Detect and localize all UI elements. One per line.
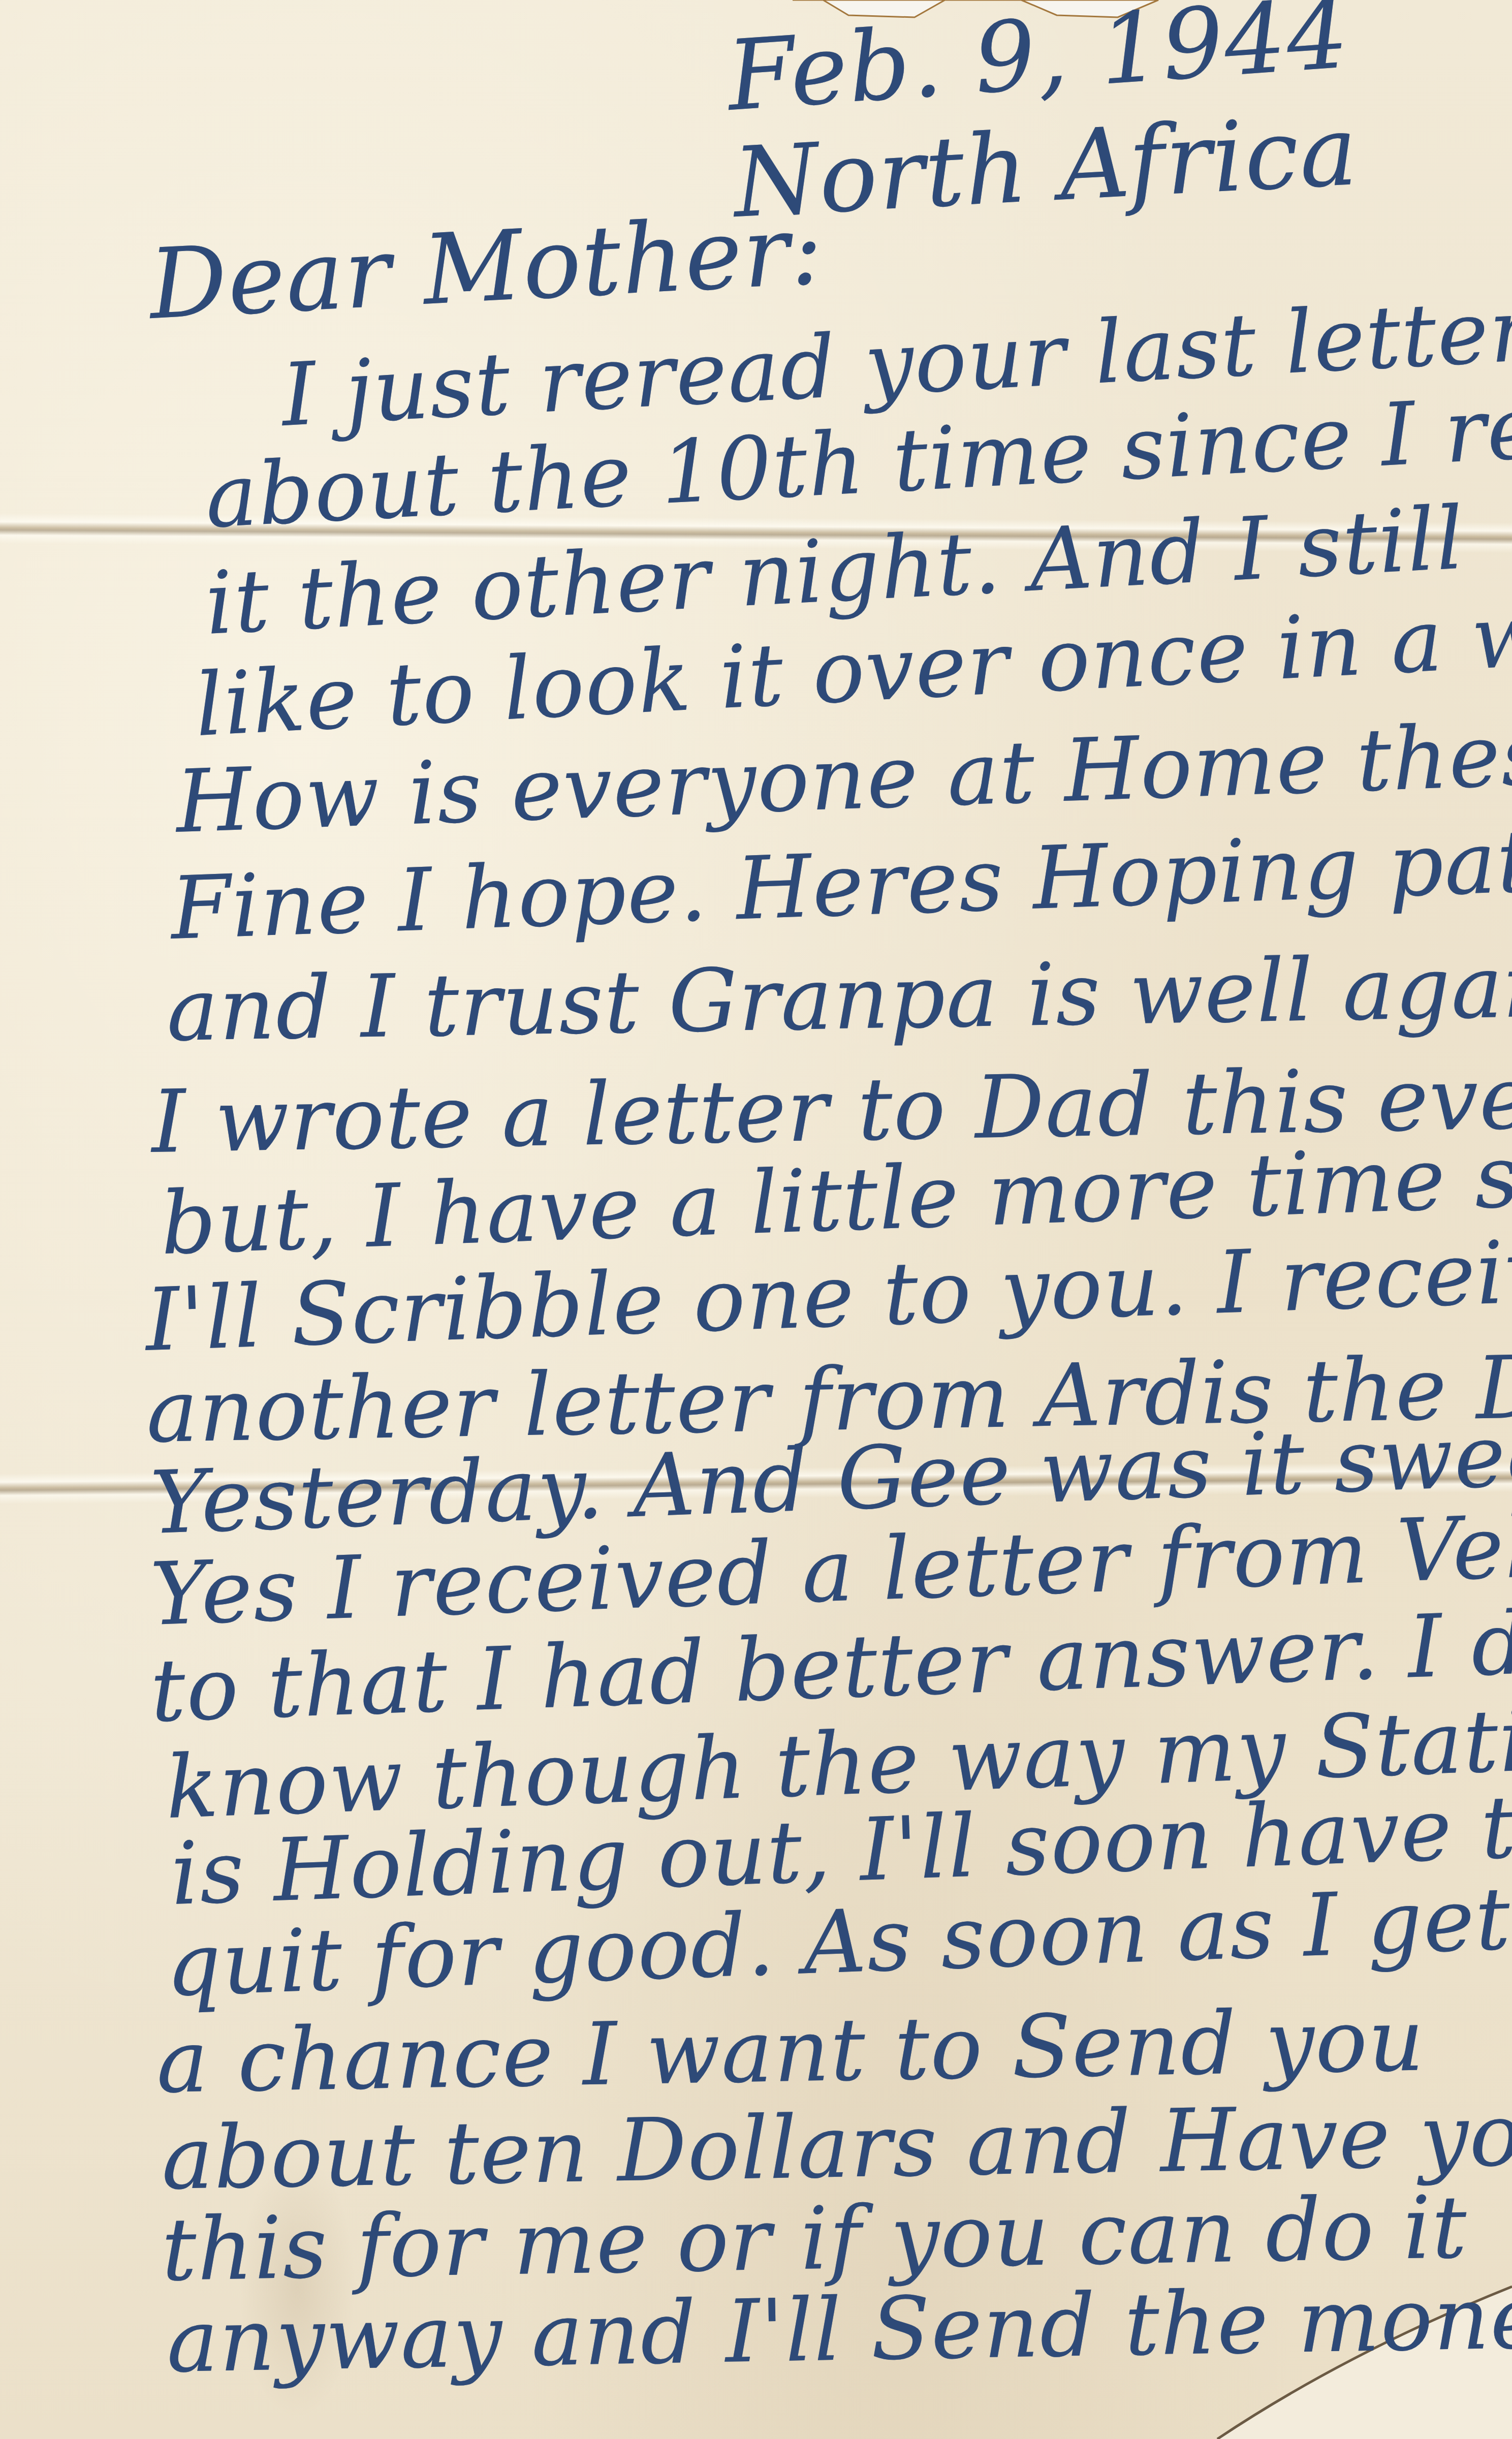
body-line-7: and I trust Granpa is well again.: [166, 935, 1512, 1061]
salutation: Dear Mother:: [146, 194, 826, 341]
letter-page: Feb. 9, 1944 North Africa Dear Mother: I…: [0, 0, 1512, 2439]
